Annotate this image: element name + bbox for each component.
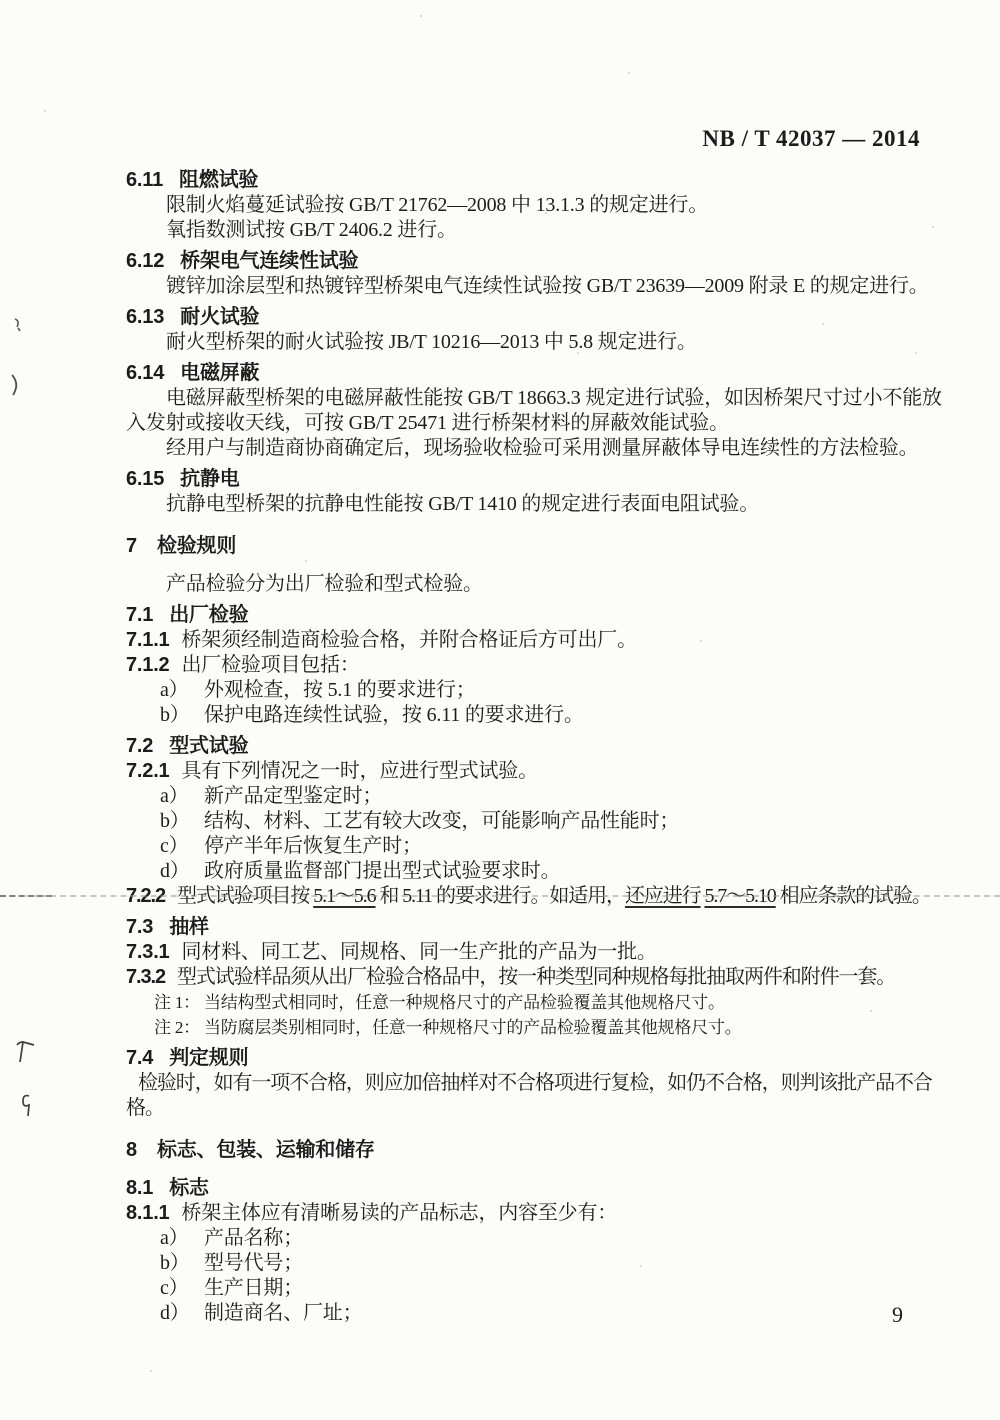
scan-fold-dashed-line — [0, 895, 1000, 897]
paragraph: 耐火型桥架的耐火试验按 JB/T 10216—2013 中 5.8 规定进行。 — [126, 330, 948, 355]
item-label: 注 2： — [154, 1018, 200, 1037]
clause-number: 8.1 — [126, 1177, 153, 1199]
clause-number: 7.1.2 — [126, 654, 169, 676]
clause-number: 7.2.1 — [126, 760, 169, 782]
paragraph: 检验时，如有一项不合格，则应加倍抽样对不合格项进行复检，如仍不合格，则判该批产品… — [126, 1071, 948, 1121]
clause-text: 生产日期； — [204, 1277, 303, 1299]
clause-number: 6.13 — [126, 306, 164, 328]
item-label: c） — [160, 834, 204, 859]
clause-text: 桥架主体应有清晰易读的产品标志，内容至少有： — [181, 1202, 617, 1224]
subsection-heading: 6.11阻燃试验 — [126, 168, 948, 193]
document-body: 6.11阻燃试验限制火焰蔓延试验按 GB/T 21762—2008 中 13.1… — [126, 162, 948, 1326]
clause-text: 限制火焰蔓延试验按 GB/T 21762—2008 中 13.1.3 的规定进行… — [166, 194, 708, 216]
paragraph: 电磁屏蔽型桥架的电磁屏蔽性能按 GB/T 18663.3 规定进行试验，如因桥架… — [126, 386, 948, 436]
numbered-clause: 7.1.2出厂检验项目包括： — [126, 653, 948, 678]
clause-text: 同材料、同工艺、同规格、同一生产批的产品为一批。 — [181, 941, 656, 963]
clause-text: 标志、包装、运输和储存 — [157, 1139, 375, 1161]
item-label: d） — [160, 1301, 204, 1326]
clause-text: 外观检查，按 5.1 的要求进行； — [204, 679, 476, 701]
note: 注 1：当结构型式相同时，任意一种规格尺寸的产品检验覆盖其他规格尺寸。 — [126, 990, 948, 1015]
list-item: a）产品名称； — [126, 1226, 948, 1251]
subsection-heading: 6.13耐火试验 — [126, 305, 948, 330]
subsection-heading: 7.4判定规则 — [126, 1046, 948, 1071]
hook-mark-icon — [14, 1036, 38, 1066]
clause-text: 耐火型桥架的耐火试验按 JB/T 10216—2013 中 5.8 规定进行。 — [166, 331, 697, 353]
clause-number: 7.4 — [126, 1047, 153, 1069]
paragraph: 抗静电型桥架的抗静电性能按 GB/T 1410 的规定进行表面电阻试验。 — [126, 492, 948, 517]
clause-number: 7 — [126, 535, 137, 557]
list-item: b）型号代号； — [126, 1251, 948, 1276]
clause-number: 8.1.1 — [126, 1202, 169, 1224]
scan-fold-dashed-line-dark — [0, 895, 52, 897]
subsection-heading: 7.1出厂检验 — [126, 603, 948, 628]
clause-text: 结构、材料、工艺有较大改变，可能影响产品性能时； — [204, 810, 679, 832]
numbered-clause: 8.1.1桥架主体应有清晰易读的产品标志，内容至少有： — [126, 1201, 948, 1226]
list-item: a）外观检查，按 5.1 的要求进行； — [126, 678, 948, 703]
clause-number: 6.14 — [126, 362, 164, 384]
item-label: a） — [160, 784, 204, 809]
item-label: b） — [160, 1251, 204, 1276]
list-item: b）保护电路连续性试验，按 6.11 的要求进行。 — [126, 703, 948, 728]
paragraph: 经用户与制造商协商确定后，现场验收检验可采用测量屏蔽体导电连续性的方法检验。 — [126, 436, 948, 461]
clause-text: 抽样 — [169, 916, 209, 938]
paragraph: 镀锌加涂层型和热镀锌型桥架电气连续性试验按 GB/T 23639—2009 附录… — [126, 274, 948, 299]
clause-text: 抗静电 — [180, 468, 239, 490]
clause-text: 出厂检验项目包括： — [181, 654, 359, 676]
clause-text: 桥架须经制造商检验合格，并附合格证后方可出厂。 — [181, 629, 636, 651]
clause-number: 7.3.2 — [126, 966, 165, 988]
clause-number: 7.3.1 — [126, 941, 169, 963]
clause-text: 电磁屏蔽型桥架的电磁屏蔽性能按 GB/T 18663.3 规定进行试验，如因桥架… — [126, 387, 942, 434]
clause-text: 型式试验样品须从出厂检验合格品中，按一种类型同种规格每批抽取两件和附件一套。 — [177, 966, 895, 988]
clause-text: 阻燃试验 — [179, 169, 258, 191]
clause-number: 6.11 — [126, 169, 163, 191]
clause-text: 保护电路连续性试验，按 6.11 的要求进行。 — [204, 704, 584, 726]
list-item: d）政府质量监督部门提出型式试验要求时。 — [126, 859, 948, 884]
clause-text: 出厂检验 — [169, 604, 248, 626]
clause-text: 制造商名、厂址； — [204, 1302, 362, 1324]
clause-number: 8 — [126, 1139, 137, 1161]
subsection-heading: 8.1标志 — [126, 1176, 948, 1201]
numbered-clause: 7.1.1桥架须经制造商检验合格，并附合格证后方可出厂。 — [126, 628, 948, 653]
clause-text: 新产品定型鉴定时； — [204, 785, 382, 807]
section-heading: 7检验规则 — [126, 534, 948, 559]
numbered-clause: 7.3.1同材料、同工艺、同规格、同一生产批的产品为一批。 — [126, 940, 948, 965]
subsection-heading: 6.15抗静电 — [126, 467, 948, 492]
clause-text: 型式试验 — [169, 735, 248, 757]
clause-number: 6.15 — [126, 468, 164, 490]
squiggle-mark-icon — [10, 316, 30, 342]
subsection-heading: 6.12桥架电气连续性试验 — [126, 249, 948, 274]
clause-text: 桥架电气连续性试验 — [180, 250, 358, 272]
item-label: a） — [160, 1226, 204, 1251]
list-item: a）新产品定型鉴定时； — [126, 784, 948, 809]
clause-text: 判定规则 — [169, 1047, 248, 1069]
clause-text: 具有下列情况之一时，应进行型式试验。 — [181, 760, 537, 782]
clause-text: 当防腐层类别相同时，任意一种规格尺寸的产品检验覆盖其他规格尺寸。 — [204, 1018, 742, 1037]
clause-text: 产品名称； — [204, 1227, 303, 1249]
item-label: d） — [160, 859, 204, 884]
paragraph: 限制火焰蔓延试验按 GB/T 21762—2008 中 13.1.3 的规定进行… — [126, 193, 948, 218]
clause-text: 产品检验分为出厂检验和型式检验。 — [166, 573, 483, 595]
clause-text: 经用户与制造商协商确定后，现场验收检验可采用测量屏蔽体导电连续性的方法检验。 — [166, 437, 918, 459]
clause-text: 标志 — [169, 1177, 209, 1199]
paren-mark-icon — [6, 372, 24, 398]
scan-noise — [0, 0, 2, 2]
clause-number: 6.12 — [126, 250, 164, 272]
clause-text: 耐火试验 — [180, 306, 259, 328]
paragraph: 氧指数测试按 GB/T 2406.2 进行。 — [126, 218, 948, 243]
subsection-heading: 7.3抽样 — [126, 915, 948, 940]
item-label: a） — [160, 678, 204, 703]
clause-text: 检验时，如有一项不合格，则应加倍抽样对不合格项进行复检，如仍不合格，则判该批产品… — [126, 1072, 932, 1119]
subsection-heading: 7.2型式试验 — [126, 734, 948, 759]
clause-number: 7.3 — [126, 916, 153, 938]
clause-text: 政府质量监督部门提出型式试验要求时。 — [204, 860, 560, 882]
numbered-clause: 7.3.2型式试验样品须从出厂检验合格品中，按一种类型同种规格每批抽取两件和附件… — [126, 965, 948, 990]
item-label: b） — [160, 809, 204, 834]
clause-text: 电磁屏蔽 — [180, 362, 259, 384]
section-heading: 8标志、包装、运输和储存 — [126, 1138, 948, 1163]
clause-text: 当结构型式相同时，任意一种规格尺寸的产品检验覆盖其他规格尺寸。 — [204, 993, 725, 1012]
item-label: b） — [160, 703, 204, 728]
clause-text: 氧指数测试按 GB/T 2406.2 进行。 — [166, 219, 457, 241]
standard-code-header: NB / T 42037 — 2014 — [702, 126, 920, 152]
clause-text: 型号代号； — [204, 1252, 303, 1274]
subsection-heading: 6.14电磁屏蔽 — [126, 361, 948, 386]
paragraph: 产品检验分为出厂检验和型式检验。 — [126, 572, 948, 597]
clause-number: 7.2 — [126, 735, 153, 757]
list-item: d）制造商名、厂址； — [126, 1301, 948, 1326]
page-number: 9 — [892, 1302, 903, 1328]
list-item: b）结构、材料、工艺有较大改变，可能影响产品性能时； — [126, 809, 948, 834]
item-label: 注 1： — [154, 993, 200, 1012]
numbered-clause: 7.2.1具有下列情况之一时，应进行型式试验。 — [126, 759, 948, 784]
item-label: c） — [160, 1276, 204, 1301]
list-item: c）停产半年后恢复生产时； — [126, 834, 948, 859]
loop-mark-icon — [18, 1090, 38, 1122]
document-page: NB / T 42037 — 2014 6.11阻燃试验限制火焰蔓延试验按 GB… — [0, 0, 1000, 1420]
clause-number: 7.1 — [126, 604, 153, 626]
clause-text: 抗静电型桥架的抗静电性能按 GB/T 1410 的规定进行表面电阻试验。 — [166, 493, 759, 515]
list-item: c）生产日期； — [126, 1276, 948, 1301]
clause-text: 检验规则 — [157, 535, 236, 557]
clause-text: 镀锌加涂层型和热镀锌型桥架电气连续性试验按 GB/T 23639—2009 附录… — [166, 275, 929, 297]
clause-text: 停产半年后恢复生产时； — [204, 835, 422, 857]
clause-number: 7.1.1 — [126, 629, 169, 651]
note: 注 2：当防腐层类别相同时，任意一种规格尺寸的产品检验覆盖其他规格尺寸。 — [126, 1015, 948, 1040]
